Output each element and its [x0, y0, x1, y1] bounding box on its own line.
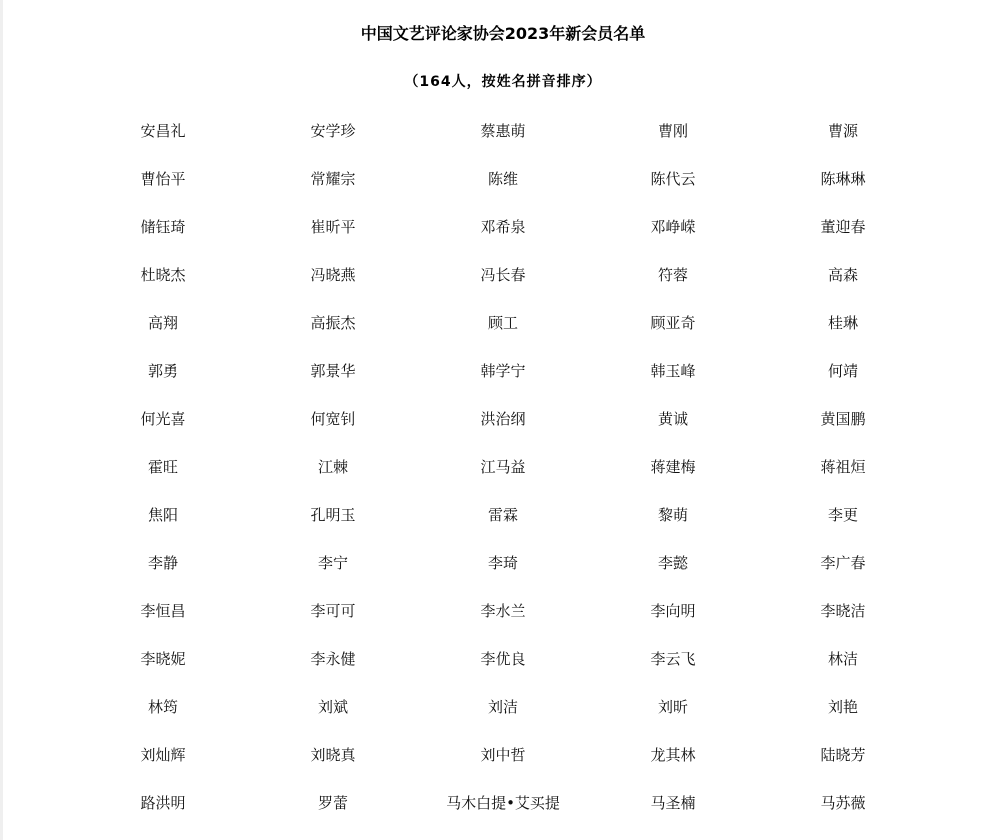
member-name: 李琦 [418, 551, 588, 599]
member-name: 刘昕 [588, 695, 758, 743]
member-name: 刘中哲 [418, 743, 588, 791]
member-name: 雷霖 [418, 503, 588, 551]
member-name: 董迎春 [758, 215, 928, 263]
member-name: 黄国鹏 [758, 407, 928, 455]
member-name: 何光喜 [78, 407, 248, 455]
member-name: 崔昕平 [248, 215, 418, 263]
member-name: 陆晓芳 [758, 743, 928, 791]
member-name: 冯长春 [418, 263, 588, 311]
member-name: 李宁 [248, 551, 418, 599]
member-name: 储钰琦 [78, 215, 248, 263]
member-name: 洪治纲 [418, 407, 588, 455]
member-name: 马苏薇 [758, 791, 928, 839]
member-name: 陈代云 [588, 167, 758, 215]
member-name: 安学珍 [248, 119, 418, 167]
member-name: 蔡惠萌 [418, 119, 588, 167]
document-page: 中国文艺评论家协会2023年新会员名单 （164人，按姓名拼音排序） 安昌礼 安… [3, 0, 1003, 840]
member-name: 林筠 [78, 695, 248, 743]
member-name: 江棘 [248, 455, 418, 503]
member-name: 李懿 [588, 551, 758, 599]
member-name: 常耀宗 [248, 167, 418, 215]
member-name: 李广春 [758, 551, 928, 599]
member-name: 顾工 [418, 311, 588, 359]
member-name: 刘晓真 [248, 743, 418, 791]
member-name: 李更 [758, 503, 928, 551]
member-name-grid: 安昌礼 安学珍 蔡惠萌 曹刚 曹源 曹怡平 常耀宗 陈维 陈代云 陈琳琳 储钰琦… [78, 119, 928, 839]
member-name: 何靖 [758, 359, 928, 407]
member-name: 韩玉峰 [588, 359, 758, 407]
member-name: 杜晓杰 [78, 263, 248, 311]
member-name: 蒋建梅 [588, 455, 758, 503]
member-name: 蒋祖烜 [758, 455, 928, 503]
member-name: 高振杰 [248, 311, 418, 359]
member-name: 孔明玉 [248, 503, 418, 551]
member-name: 霍旺 [78, 455, 248, 503]
member-name: 路洪明 [78, 791, 248, 839]
member-name: 李优良 [418, 647, 588, 695]
member-name: 冯晓燕 [248, 263, 418, 311]
member-name: 李永健 [248, 647, 418, 695]
member-name: 李向明 [588, 599, 758, 647]
member-name: 邓峥嵘 [588, 215, 758, 263]
member-name: 邓希泉 [418, 215, 588, 263]
member-name: 高森 [758, 263, 928, 311]
member-name: 林洁 [758, 647, 928, 695]
member-name: 陈维 [418, 167, 588, 215]
member-name: 郭勇 [78, 359, 248, 407]
member-name: 黄诚 [588, 407, 758, 455]
member-name: 李恒昌 [78, 599, 248, 647]
member-name: 顾亚奇 [588, 311, 758, 359]
member-name: 何宽钊 [248, 407, 418, 455]
member-name: 高翔 [78, 311, 248, 359]
member-name: 韩学宁 [418, 359, 588, 407]
member-name: 刘艳 [758, 695, 928, 743]
member-name: 李可可 [248, 599, 418, 647]
document-subtitle: （164人，按姓名拼音排序） [3, 71, 1003, 93]
member-name: 马圣楠 [588, 791, 758, 839]
member-name: 曹刚 [588, 119, 758, 167]
member-name: 郭景华 [248, 359, 418, 407]
member-name: 黎萌 [588, 503, 758, 551]
member-name: 江马益 [418, 455, 588, 503]
member-name: 马木白提•艾买提 [418, 791, 588, 839]
member-name: 安昌礼 [78, 119, 248, 167]
document-title: 中国文艺评论家协会2023年新会员名单 [3, 22, 1003, 46]
member-name: 焦阳 [78, 503, 248, 551]
member-name: 刘洁 [418, 695, 588, 743]
member-name: 李云飞 [588, 647, 758, 695]
member-name: 陈琳琳 [758, 167, 928, 215]
member-name: 符蓉 [588, 263, 758, 311]
member-name: 李静 [78, 551, 248, 599]
member-name: 桂琳 [758, 311, 928, 359]
member-name: 李晓妮 [78, 647, 248, 695]
member-name: 曹源 [758, 119, 928, 167]
member-name: 曹怡平 [78, 167, 248, 215]
member-name: 李水兰 [418, 599, 588, 647]
member-name: 龙其林 [588, 743, 758, 791]
member-name: 刘灿辉 [78, 743, 248, 791]
member-name: 罗蕾 [248, 791, 418, 839]
member-name: 刘斌 [248, 695, 418, 743]
member-name: 李晓洁 [758, 599, 928, 647]
